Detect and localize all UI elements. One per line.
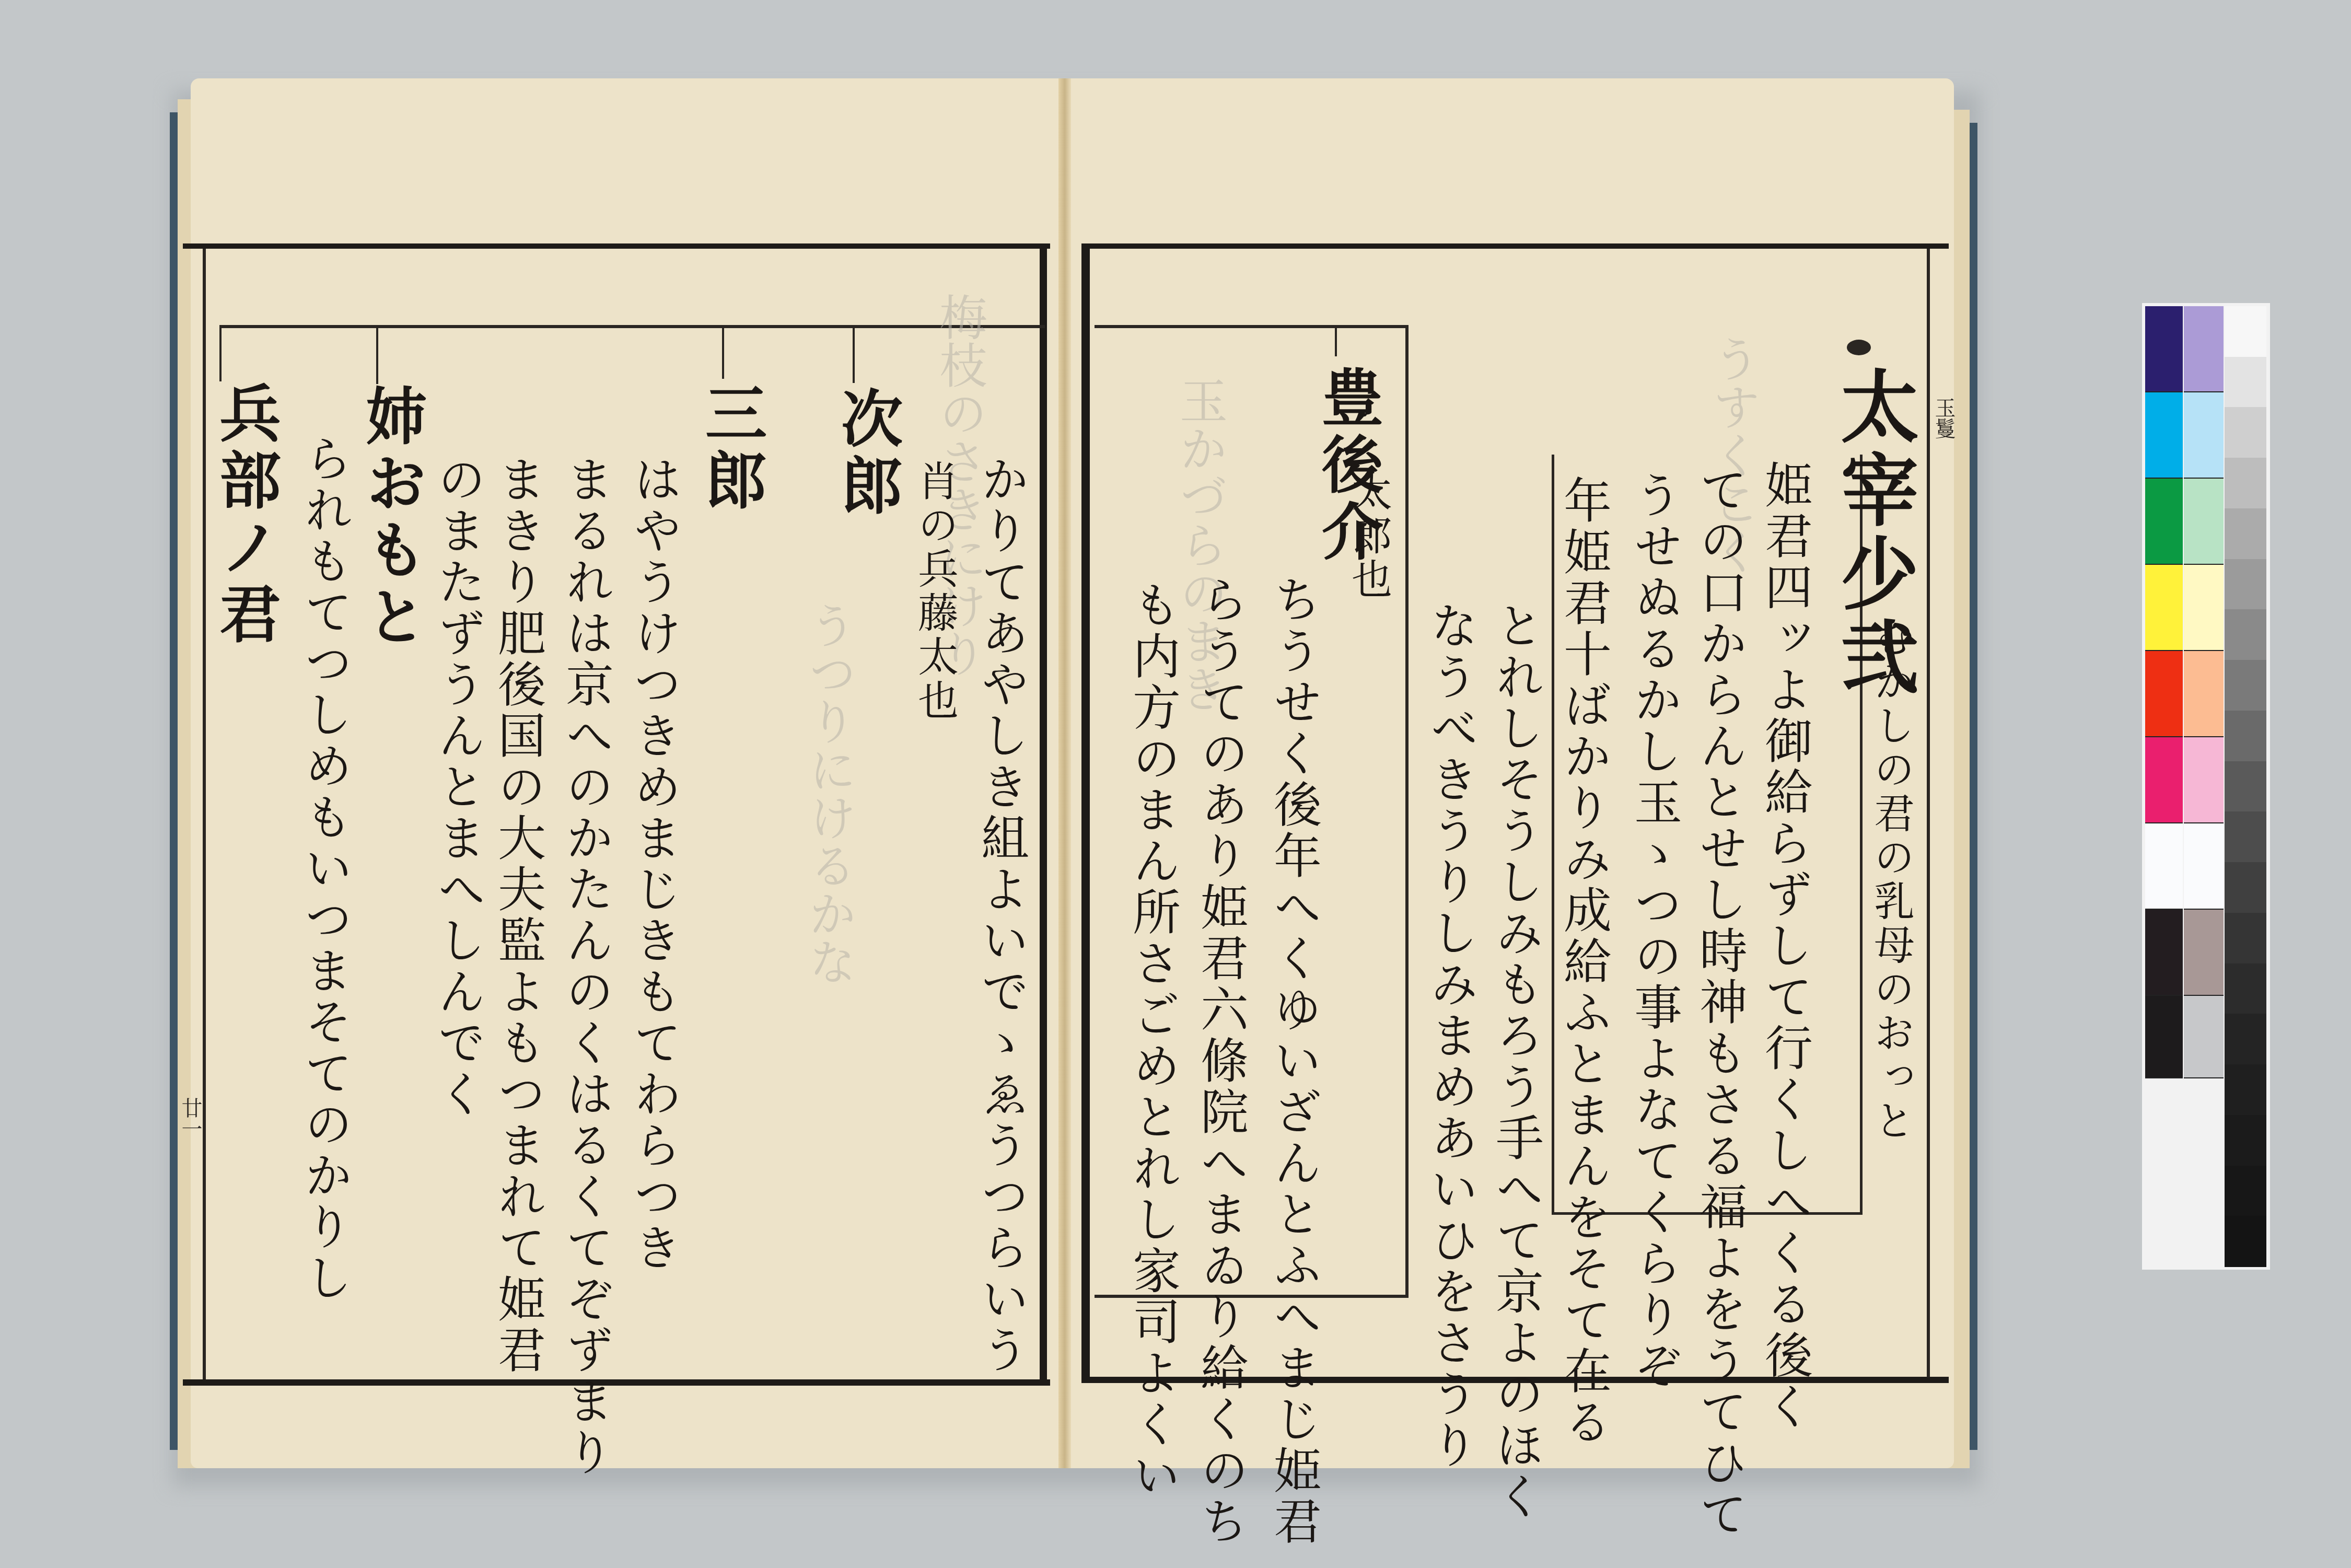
entry-text-ane-omoto: られもてつしめもいつまそてのかりし (300, 434, 348, 1304)
entry-name-ane-omoto: 姉おもと (360, 384, 422, 652)
main-text-line6: なうべきうりしみまめあいひをさうり (1426, 601, 1474, 1471)
color-patch (2145, 565, 2183, 651)
genealogy-drop-hyobu (219, 327, 222, 381)
main-text-line2: ての口からんとせし時神もさる福よをうてひて (1695, 465, 1743, 1540)
grayscale-step (2225, 963, 2266, 1015)
color-patch (2184, 996, 2224, 1078)
color-patch (2145, 479, 2183, 565)
main-text-line5: とれしそうしみもろう手へて京よのほく (1492, 601, 1540, 1523)
genealogy-drop-jiro (853, 327, 855, 383)
entry-name-jiro: 次郎 (836, 387, 898, 520)
left-frame-bottom (183, 1379, 1050, 1386)
color-patch (2145, 996, 2183, 1078)
entry-text-saburo-line2: まるれは京へのかたんのくはるくてぞずまり (562, 455, 610, 1479)
left-frame-top (183, 243, 1050, 249)
entry-text-saburo-line3: まきり肥後国の大夫監よもつまれて姫君 (494, 455, 542, 1376)
entry-note-jiro: 肖の兵藤太也 (914, 460, 955, 723)
color-patch (2184, 823, 2224, 910)
grayscale-step (2225, 913, 2266, 964)
entry-text-jiro: かりてあやしき組よいでゝゑうつらいう (977, 455, 1025, 1376)
boxed-entry-text-line2: らうてのあり姫君六條院へまゐり給くのち (1196, 575, 1244, 1548)
color-patch (2145, 392, 2183, 479)
color-chart-primary-column (2145, 306, 2183, 1267)
grayscale-step (2225, 1064, 2266, 1116)
section-bullet-icon (1847, 340, 1871, 355)
grayscale-step (2225, 711, 2266, 762)
color-patch (2184, 737, 2224, 823)
entry-text-saburo-line1: はやうけつきめまじきもてわらつき (630, 455, 678, 1274)
boxed-entry-text-line3: も内方のまん所さごめとれし家司よくい (1128, 580, 1177, 1502)
grayscale-step (2225, 862, 2266, 913)
color-patch (2184, 651, 2224, 737)
boxed-entry-note: 太郎也 (1348, 470, 1389, 602)
gutter (1058, 78, 1071, 1468)
grayscale-step (2225, 1216, 2266, 1267)
genealogy-drop-bungo (1335, 325, 1337, 356)
grayscale-step (2225, 458, 2266, 509)
color-calibration-chart (2142, 303, 2270, 1270)
grayscale-step (2225, 306, 2266, 357)
grayscale-step (2225, 1166, 2266, 1217)
right-frame-gutter-line (1081, 249, 1090, 1377)
entry-name-hyobu-no-kimi: 兵部ノ君 (214, 381, 276, 649)
grayscale-step (2225, 357, 2266, 408)
color-patch (2184, 392, 2224, 479)
right-frame-top (1081, 243, 1949, 249)
grayscale-step (2225, 609, 2266, 660)
entry-text-saburo-line4: のまたずうんとまへしんでく (434, 455, 482, 1120)
main-text-line1: 姫君四ッよ御給らずして行くしへくる後く (1761, 460, 1809, 1433)
color-patch (2145, 823, 2183, 910)
color-patch (2184, 565, 2224, 651)
boxed-entry-text-line1: ちうせく後年へくゆいざんとふへまじ姫君 (1270, 575, 1318, 1548)
color-patch (2145, 737, 2183, 823)
left-frame-outer-line (203, 249, 206, 1379)
color-chart-tint-column (2184, 306, 2224, 1267)
genealogy-drop-ane (376, 327, 378, 384)
color-patch (2184, 306, 2224, 392)
color-chart-grayscale (2225, 306, 2266, 1267)
genealogy-horizontal-line (219, 325, 1045, 328)
genealogy-drop-saburo (722, 327, 724, 379)
entry-name-saburo: 三郎 (700, 381, 762, 515)
page-number: 廿一 (180, 1097, 201, 1139)
grayscale-step (2225, 1014, 2266, 1065)
color-patch (2184, 479, 2224, 565)
grayscale-step (2225, 761, 2266, 812)
grayscale-step (2225, 1115, 2266, 1166)
grayscale-step (2225, 508, 2266, 560)
color-patch (2145, 651, 2183, 737)
grayscale-step (2225, 811, 2266, 863)
grayscale-step (2225, 407, 2266, 458)
color-patch (2145, 306, 2183, 392)
color-patch (2145, 910, 2183, 996)
main-text-line3: うせぬるかし玉ゝつの事よなてくらりぞ (1630, 470, 1678, 1392)
header-note: むかしの君の乳母のおっと (1870, 617, 1911, 1143)
grayscale-step (2225, 660, 2266, 711)
grayscale-step (2225, 559, 2266, 610)
margin-chapter-mark: 玉鬘 (1933, 397, 1954, 439)
show-through-text: うつりにけるかな (805, 601, 853, 985)
main-text-line4: 年姫君十ばかりみ成給ふとまんをそて在る (1559, 475, 1608, 1448)
color-patch (2184, 910, 2224, 996)
right-frame-outer-line (1927, 249, 1930, 1377)
left-frame-gutter-line (1040, 249, 1047, 1379)
